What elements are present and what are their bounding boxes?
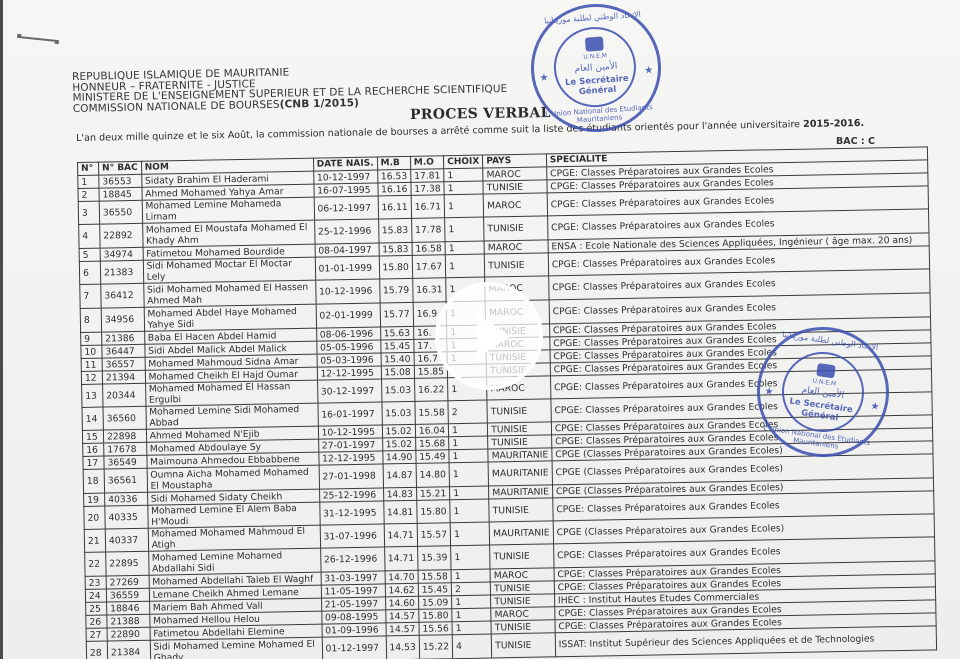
- cell-mb-score: 15.08: [381, 365, 415, 379]
- cell-mb-score: 14.71: [384, 546, 418, 571]
- cell-mo-score: 15.22: [419, 635, 453, 659]
- cell-country: MAROC: [483, 193, 547, 217]
- cell-student-name: Mohamed Lemine Mohameda Limam: [142, 197, 314, 223]
- stamp-star-icon: ★: [644, 65, 654, 77]
- col-header-birthdate: DATE NAIS.: [313, 157, 377, 171]
- cell-bac-number: 36549: [104, 455, 147, 469]
- stamp-star-icon: ★: [870, 401, 880, 413]
- cell-country: TUNISIE: [488, 435, 552, 449]
- cell-bac-number: 36550: [99, 200, 142, 224]
- cell-row-number: 6: [79, 261, 100, 284]
- cell-bac-number: 22892: [100, 223, 143, 248]
- cell-bac-number: 36553: [99, 174, 142, 188]
- cell-mb-score: 15.02: [382, 424, 416, 438]
- cell-mo-score: 15.45: [418, 583, 452, 597]
- play-button[interactable]: [435, 282, 543, 390]
- cell-bac-number: 40336: [105, 492, 148, 506]
- cell-row-number: 1: [78, 175, 99, 188]
- cell-birth-date: 26-12-1996: [320, 547, 384, 572]
- cell-birth-date: 31-07-1996: [320, 524, 384, 548]
- cell-mb-score: 14.87: [383, 463, 417, 488]
- cell-row-number: 14: [82, 407, 103, 430]
- cell-bac-number: 36561: [104, 468, 147, 493]
- cell-birth-date: 21-05-1997: [321, 597, 385, 611]
- cell-country: MAURITANIE: [489, 521, 553, 545]
- cell-mo-score: 15.56: [419, 622, 453, 636]
- cell-birth-date: 31-03-1997: [321, 571, 385, 585]
- cell-mb-score: 15.77: [380, 302, 414, 327]
- cell-country: TUNISIE: [490, 544, 554, 569]
- cell-choice: 1: [445, 241, 484, 255]
- cell-row-number: 2: [78, 188, 99, 201]
- cell-row-number: 25: [86, 602, 107, 615]
- cell-student-name: Mohamed Mohamed Mahmoud El Atigh: [148, 525, 320, 551]
- cell-country: TUNISIE: [484, 253, 548, 277]
- stamp-logo-icon: [816, 363, 836, 378]
- cell-mo-score: 16.58: [412, 242, 446, 256]
- cell-mb-score: 16.16: [377, 182, 411, 196]
- bac-series-label: BAC : C: [836, 136, 875, 147]
- cell-bac-number: 36559: [106, 588, 149, 602]
- cell-mb-score: 14.71: [384, 523, 418, 547]
- cell-row-number: 22: [85, 552, 106, 576]
- cell-student-name: Mohamed Lemine El Alem Baba H'Moudi: [147, 502, 319, 528]
- cell-mo-score: 15.57: [417, 523, 451, 547]
- col-header-mb: M.B: [377, 156, 411, 170]
- cell-birth-date: 01-01-1999: [315, 256, 379, 280]
- cell-bac-number: 27269: [106, 575, 149, 589]
- cell-bac-number: 36412: [101, 283, 144, 308]
- cell-choice: 1: [449, 449, 488, 463]
- cell-student-name: Oumna Aicha Mohamed Mohamed El Moustapha: [147, 465, 319, 492]
- cell-row-number: 19: [84, 493, 105, 506]
- cell-mo-score: 14.80: [416, 463, 450, 488]
- cell-bac-number: 21394: [102, 370, 145, 384]
- cell-birth-date: 16-01-1997: [318, 402, 382, 426]
- cell-mo-score: 16.31: [413, 278, 447, 303]
- cell-mb-score: 15.03: [381, 378, 415, 402]
- cell-bac-number: 18846: [107, 601, 150, 615]
- cell-mb-score: 15.83: [379, 242, 413, 256]
- cell-choice: 1: [449, 462, 489, 487]
- cell-mo-score: 15.58: [418, 570, 452, 584]
- cell-birth-date: 08-04-1997: [315, 243, 379, 257]
- cell-birth-date: 25-12-1996: [314, 219, 378, 244]
- cell-choice: 1: [452, 595, 491, 609]
- stamp-star-icon: ★: [539, 72, 549, 84]
- cell-student-name: Sidi Mohamed Moctar El Moctar Lely: [143, 257, 315, 283]
- cell-birth-date: 11-05-1997: [321, 584, 385, 598]
- cell-row-number: 17: [83, 456, 104, 469]
- staple-mark: [17, 34, 59, 44]
- col-header-number: N°: [78, 162, 99, 175]
- cell-birth-date: 09-08-1995: [321, 610, 385, 624]
- cell-mo-score: 15.80: [417, 500, 451, 524]
- cell-mo-score: 15.39: [417, 546, 451, 571]
- cell-row-number: 10: [81, 345, 102, 358]
- cell-mb-score: 14.57: [385, 609, 419, 623]
- cell-country: MAROC: [484, 240, 548, 254]
- cell-row-number: 5: [79, 248, 100, 261]
- scan-edge: [0, 0, 3, 659]
- cell-mb-score: 14.83: [383, 487, 417, 501]
- cell-bac-number: 21386: [102, 331, 145, 345]
- cell-birth-date: 08-06-1996: [316, 327, 380, 341]
- stamp-arabic-ring: الاتحاد الوطني لطلبة موريتانيا: [530, 9, 654, 27]
- cell-bac-number: 21383: [100, 260, 143, 284]
- cell-birth-date: 10-12-1997: [313, 170, 377, 184]
- cell-mb-score: 15.83: [378, 218, 412, 243]
- cell-mo-score: 15.09: [418, 596, 452, 610]
- cell-mb-score: 16.53: [377, 169, 411, 183]
- play-icon: [477, 314, 511, 358]
- cell-country: TUNISIE: [488, 422, 552, 436]
- cell-mb-score: 15.80: [379, 255, 413, 279]
- cell-row-number: 7: [80, 284, 101, 308]
- cell-mb-score: 15.79: [379, 278, 413, 303]
- cell-choice: 1: [449, 436, 488, 450]
- cell-bac-number: 36557: [102, 357, 145, 371]
- cell-bac-number: 21384: [107, 640, 150, 659]
- cell-mb-score: 14.60: [385, 596, 419, 610]
- stamp-star-icon: ★: [764, 386, 774, 398]
- cell-mb-score: 15.03: [381, 401, 415, 425]
- col-header-bac: N° BAC: [99, 161, 142, 175]
- cell-mb-score: 14.81: [383, 500, 417, 524]
- cell-row-number: 27: [86, 628, 107, 641]
- cell-birth-date: 25-12-1996: [319, 488, 383, 502]
- cell-country: TUNISIE: [490, 581, 554, 595]
- cell-student-name: Mohamed Lemine Mohamed Abdallahi Sidi: [148, 548, 320, 575]
- cell-bac-number: 22895: [106, 551, 149, 576]
- cell-row-number: 15: [82, 430, 103, 443]
- cell-mb-score: 14.62: [385, 583, 419, 597]
- cell-country: TUNISIE: [491, 633, 555, 658]
- cell-row-number: 12: [81, 371, 102, 384]
- cell-birth-date: 01-09-1996: [322, 623, 386, 637]
- cell-mo-score: 16.22: [414, 378, 448, 402]
- cell-mo-score: 16.71: [411, 195, 445, 219]
- cell-row-number: 20: [84, 506, 105, 529]
- cell-choice: 4: [452, 634, 492, 659]
- cell-birth-date: 10-12-1995: [318, 425, 382, 439]
- cell-row-number: 18: [83, 469, 104, 493]
- cell-choice: 1: [450, 486, 489, 500]
- cell-row-number: 11: [81, 358, 102, 371]
- cell-row-number: 23: [85, 576, 106, 589]
- cell-row-number: 26: [86, 615, 107, 628]
- cell-row-number: 3: [78, 201, 99, 224]
- cell-choice: 1: [450, 499, 489, 523]
- cell-bac-number: 17678: [104, 442, 147, 456]
- union-stamp-top: الاتحاد الوطني لطلبة موريتانيا U.N.E.M ا…: [527, 0, 666, 136]
- cell-country: TUNISIE: [483, 180, 547, 194]
- cell-birth-date: 27-01-1998: [319, 464, 383, 489]
- cell-choice: 1: [451, 569, 490, 583]
- cell-country: MAURITANIE: [489, 485, 553, 499]
- cell-mo-score: 16.04: [415, 424, 449, 438]
- cell-birth-date: 30-12-1997: [317, 379, 381, 403]
- cell-mb-score: 16.11: [378, 195, 412, 219]
- cell-mb-score: 15.63: [380, 326, 414, 340]
- cell-row-number: 4: [79, 224, 100, 248]
- scanned-document: REPUBLIQUE ISLAMIQUE DE MAURITANIE HONNE…: [0, 0, 960, 659]
- cell-mb-score: 15.02: [382, 437, 416, 451]
- cell-choice: 1: [448, 423, 487, 437]
- cell-birth-date: 12-12-1995: [318, 451, 382, 465]
- cell-mo-score: 15.58: [415, 401, 449, 425]
- cell-country: TUNISIE: [491, 620, 555, 634]
- cell-country: MAURITANIE: [488, 461, 552, 486]
- cell-mo-score: 15.21: [416, 487, 450, 501]
- cell-birth-date: 16-07-1995: [314, 183, 378, 197]
- cell-mo-score: 15.49: [416, 450, 450, 464]
- cell-country: TUNISIE: [487, 399, 551, 423]
- cell-birth-date: 10-12-1996: [315, 279, 379, 304]
- cell-row-number: 13: [82, 384, 103, 407]
- cell-choice: 1: [451, 545, 491, 570]
- cell-bac-number: 18845: [99, 187, 142, 201]
- col-header-mo: M.O: [410, 156, 444, 170]
- cell-bac-number: 34974: [100, 247, 143, 261]
- cell-birth-date: 05-03-1996: [317, 353, 381, 367]
- cell-bac-number: 22898: [103, 429, 146, 443]
- stamp-logo-icon: [585, 36, 604, 51]
- cell-bac-number: 40337: [105, 528, 148, 552]
- cell-student-name: Mohamed Abdel Haye Mohamed Yahye Sidi: [144, 304, 316, 331]
- cell-choice: 2: [448, 400, 487, 424]
- cell-birth-date: 12-12-1995: [317, 366, 381, 380]
- cell-country: MAROC: [491, 607, 555, 621]
- cell-student-name: Sidi Mohamed Mohamed El Hassen Ahmed Mah: [143, 280, 315, 307]
- cell-choice: 1: [444, 181, 483, 195]
- cell-student-name: Sidi Mohamed Lemine Mohamed El Ghady: [150, 637, 322, 659]
- cell-choice: 1: [444, 194, 483, 218]
- cell-choice: 1: [445, 217, 485, 242]
- cell-mo-score: 17.38: [411, 182, 445, 196]
- cell-mo-score: 17.78: [411, 218, 445, 243]
- cell-mb-score: 15.45: [380, 339, 414, 353]
- cell-mo-score: 15.85: [414, 365, 448, 379]
- cell-birth-date: 01-12-1997: [322, 636, 386, 659]
- cell-birth-date: 02-01-1999: [316, 303, 380, 328]
- cell-mb-score: 15.40: [381, 352, 415, 366]
- cell-choice: 1: [444, 168, 483, 182]
- cell-row-number: 24: [85, 589, 106, 602]
- cell-row-number: 21: [84, 529, 105, 552]
- cell-choice: 1: [445, 254, 484, 278]
- cell-choice: 1: [452, 608, 491, 622]
- cell-birth-date: 06-12-1997: [314, 196, 378, 220]
- cell-bac-number: 34956: [101, 307, 144, 332]
- cell-country: MAROC: [490, 568, 554, 582]
- document-title: PROCES VERBAL: [410, 105, 551, 123]
- cell-row-number: 8: [80, 308, 101, 332]
- cell-mb-score: 14.53: [386, 635, 420, 659]
- cell-mo-score: 17.81: [411, 169, 445, 183]
- cell-row-number: 9: [81, 332, 102, 345]
- cell-row-number: 28: [86, 641, 107, 659]
- cell-mo-score: 15.68: [415, 437, 449, 451]
- cell-mb-score: 14.90: [382, 450, 416, 464]
- cell-country: TUNISIE: [491, 594, 555, 608]
- cell-student-name: Mohamed Lemine Sidi Mohamed Abbad: [146, 403, 318, 429]
- cell-bac-number: 36447: [102, 344, 145, 358]
- col-header-choice: CHOIX: [444, 155, 483, 169]
- cell-birth-date: 05-05-1996: [316, 340, 380, 354]
- cell-bac-number: 40335: [105, 505, 148, 529]
- cell-country: MAROC: [483, 167, 547, 181]
- col-header-country: PAYS: [483, 154, 547, 168]
- cell-row-number: 16: [83, 443, 104, 456]
- cell-choice: 1: [450, 522, 489, 546]
- cell-country: TUNISIE: [484, 216, 548, 241]
- cell-student-name: Mohamed El Moustafa Mohamed El Khady Ahm: [142, 220, 314, 247]
- cell-student-name: Mohamed Mohamed El Hassan Ergulbi: [145, 380, 317, 406]
- cell-country: TUNISIE: [489, 498, 553, 522]
- cell-choice: 1: [452, 621, 491, 635]
- cell-mo-score: 17.67: [412, 255, 446, 279]
- cell-mb-score: 14.57: [386, 622, 420, 636]
- cell-bac-number: 22890: [107, 627, 150, 641]
- cell-choice: 2: [451, 582, 490, 596]
- cell-bac-number: 20344: [103, 383, 146, 407]
- cell-bac-number: 36560: [103, 406, 146, 430]
- cell-birth-date: 27-01-1997: [318, 438, 382, 452]
- cell-bac-number: 21388: [107, 614, 150, 628]
- cell-mb-score: 14.70: [385, 570, 419, 584]
- cell-birth-date: 31-12-1995: [319, 501, 383, 525]
- cell-country: MAURITANIE: [488, 448, 552, 462]
- cell-mo-score: 15.80: [419, 609, 453, 623]
